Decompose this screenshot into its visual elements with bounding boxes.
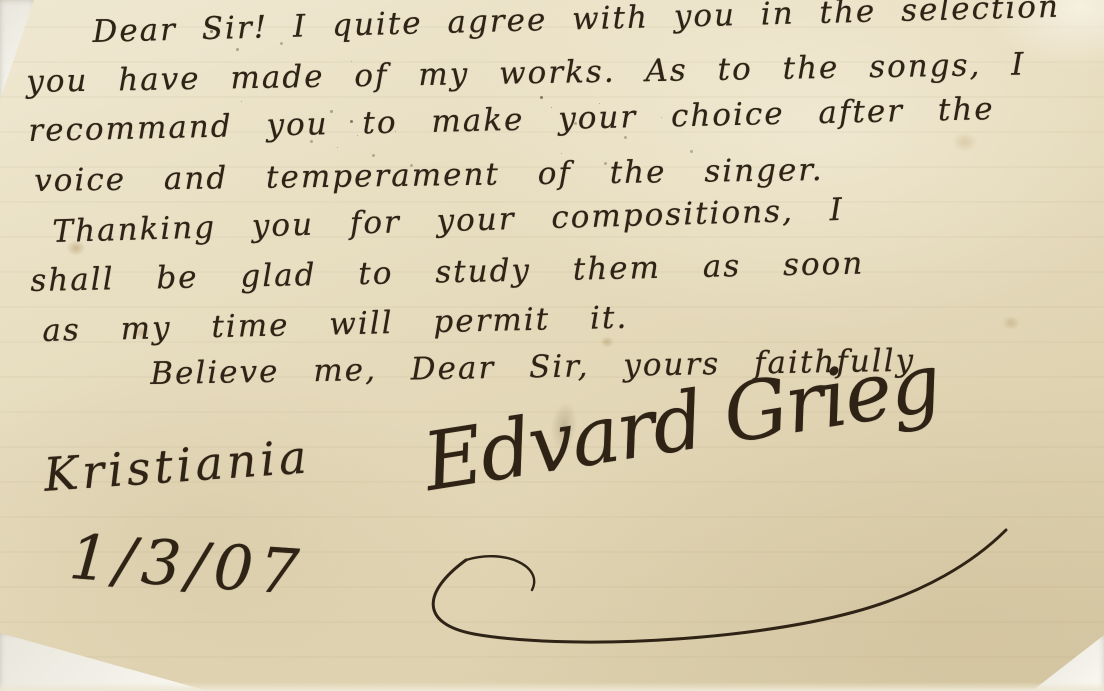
letter-line-4: voice and temperament of the singer. — [34, 152, 824, 199]
paper-stain — [952, 132, 978, 152]
letter-line-6: shall be glad to study them as soon — [30, 246, 865, 299]
letter-place: Kristiania — [42, 429, 312, 501]
signature-flourish — [414, 526, 1014, 656]
letter-line-1: Dear Sir! I quite agree with you in the … — [92, 0, 1060, 50]
paper-stain — [1002, 316, 1020, 330]
letter-line-5: Thanking you for your compositions, I — [52, 192, 844, 250]
handwritten-letter-scan: Dear Sir! I quite agree with you in the … — [0, 0, 1104, 691]
paper-bottom-edge — [0, 682, 1104, 691]
letter-date: 1/3/07 — [67, 520, 307, 609]
ink-speckles — [540, 96, 543, 99]
paper-stain — [600, 336, 614, 348]
letter-line-3: recommand you to make your choice after … — [28, 91, 995, 149]
letter-line-7: as my time will permit it. — [42, 300, 629, 349]
letter-line-2: you have made of my works. As to the son… — [26, 47, 1026, 100]
signature-block: Edvard Grieg — [408, 398, 1028, 648]
